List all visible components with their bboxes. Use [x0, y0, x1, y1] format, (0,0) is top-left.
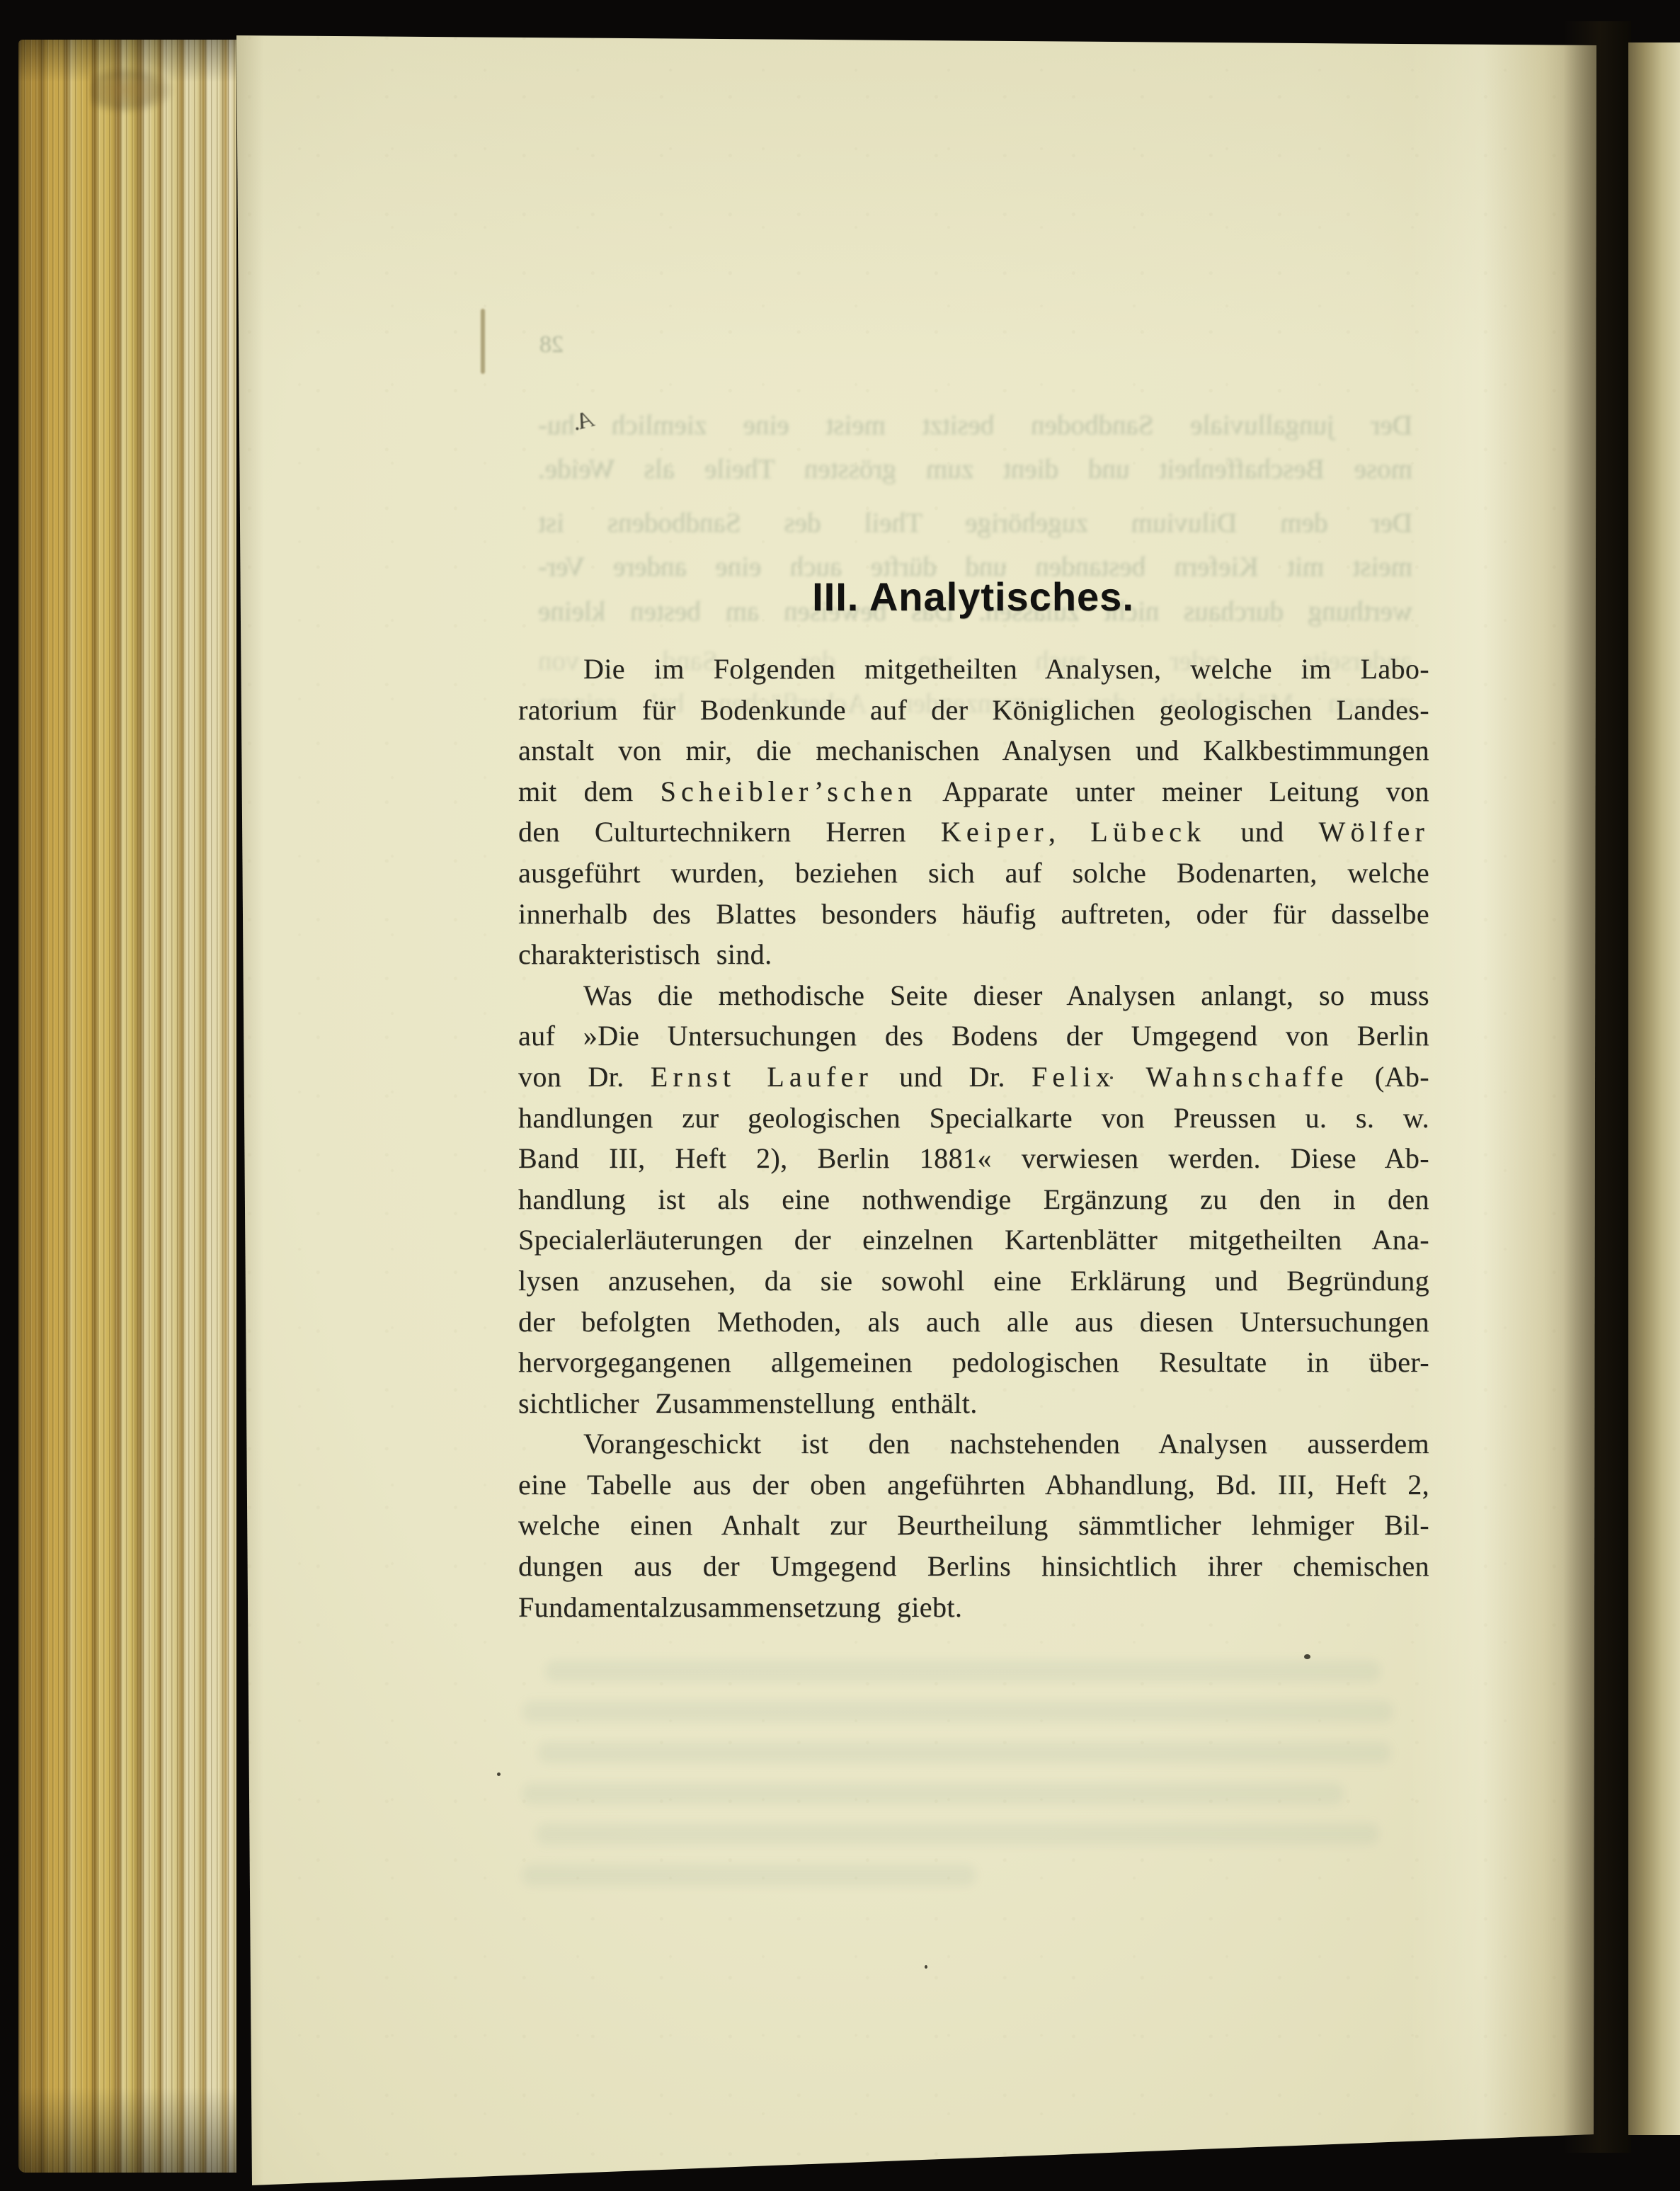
ink-line-mark [481, 309, 485, 374]
text-line: Band III, Heft 2), Berlin 1881« verwiese… [518, 1138, 1429, 1179]
paragraph: Was die methodische Seite dieser Analyse… [518, 975, 1429, 1424]
showthrough-text-line: mose Beschaffenheit und dient zum grösst… [538, 450, 1412, 489]
showthrough-bar [522, 1701, 1393, 1722]
showthrough-text-line: Der dem Diluvium zugehörige Theil des Sa… [538, 503, 1412, 543]
paper-speck [1304, 1654, 1310, 1659]
text-line: ratorium für Bodenkunde auf der Königlic… [518, 690, 1429, 731]
showthrough-bar [537, 1823, 1379, 1845]
text-line: der befolgten Methoden, als auch alle au… [518, 1302, 1429, 1343]
scanned-book-photo: { "document": { "heading": "III. Analyti… [0, 0, 1680, 2191]
paragraph: Vorangeschickt ist den nachstehenden Ana… [518, 1423, 1429, 1627]
letterspaced-name: Lübeck [1090, 816, 1206, 848]
section-heading: III. Analytisches. [518, 574, 1428, 620]
text-line: handlungen zur geologischen Specialkarte… [518, 1098, 1429, 1139]
letterspaced-name: Ernst Laufer [651, 1061, 873, 1093]
showthrough-bar [538, 1742, 1391, 1763]
text-line: welche einen Anhalt zur Beurtheilung säm… [518, 1505, 1429, 1546]
text-line: auf »Die Untersuchungen des Bodens der U… [518, 1015, 1429, 1057]
book-page: Der jungalluviale Sandboden besitzt meis… [234, 20, 1599, 2188]
paper-speck [925, 1965, 927, 1969]
showthrough-bar [522, 1783, 1344, 1804]
text-line: ausgeführt wurden, beziehen sich auf sol… [518, 853, 1429, 894]
text-line: den Culturtechnikern Herren Keiper, Lübe… [518, 812, 1429, 853]
text-line: dungen aus der Umgegend Berlins hinsicht… [518, 1546, 1429, 1587]
paragraph: Die im Folgenden mitgetheilten Analysen,… [518, 649, 1429, 975]
text-line: Vorangeschickt ist den nachstehenden Ana… [518, 1423, 1429, 1464]
text-line: Die im Folgenden mitgetheilten Analysen,… [518, 649, 1429, 690]
text-line: Was die methodische Seite dieser Analyse… [518, 975, 1429, 1016]
text-line: Fundamentalzusammensetzung giebt. [518, 1587, 1429, 1628]
letterspaced-name: Scheibler’schen [661, 775, 918, 807]
text-line: von Dr. Ernst Laufer und Dr. Felix Wahns… [518, 1057, 1429, 1098]
text-line: handlung ist als eine nothwendige Ergänz… [518, 1179, 1429, 1220]
text-line: innerhalb des Blattes besonders häufig a… [518, 894, 1429, 935]
letterspaced-name: Felix Wahnschaffe [1032, 1061, 1349, 1093]
text-line: charakteristisch sind. [518, 934, 1429, 975]
letterspaced-name: Wölfer [1319, 816, 1429, 848]
showthrough-text-line: Der jungalluviale Sandboden besitzt meis… [538, 406, 1412, 445]
showthrough-bar [545, 1661, 1381, 1682]
binding-debris [91, 65, 176, 115]
text-line: lysen anzusehen, da sie sowohl eine Erkl… [518, 1260, 1429, 1302]
body-text: Die im Folgenden mitgetheilten Analysen,… [518, 649, 1429, 1627]
text-line: anstalt von mir, die mechanischen Analys… [518, 730, 1429, 771]
text-line: hervorgegangenen allgemeinen pedologisch… [518, 1342, 1429, 1383]
facing-page-edge [1628, 42, 1680, 2135]
showthrough-bar [522, 1865, 976, 1886]
text-line: eine Tabelle aus der oben angeführten Ab… [518, 1464, 1429, 1506]
letterspaced-name: Keiper [941, 816, 1048, 848]
text-line: sichtlicher Zusammenstellung enthält. [518, 1383, 1429, 1424]
paper-speck [497, 1772, 501, 1776]
text-line: mit dem Scheibler’schen Apparate unter m… [518, 771, 1429, 812]
book-page-edge-stack [18, 40, 236, 2173]
showthrough-page-number: 28 [539, 331, 564, 358]
gutter-shadow [1563, 21, 1631, 2153]
text-line: Specialerläuterungen der einzelnen Karte… [518, 1219, 1429, 1260]
